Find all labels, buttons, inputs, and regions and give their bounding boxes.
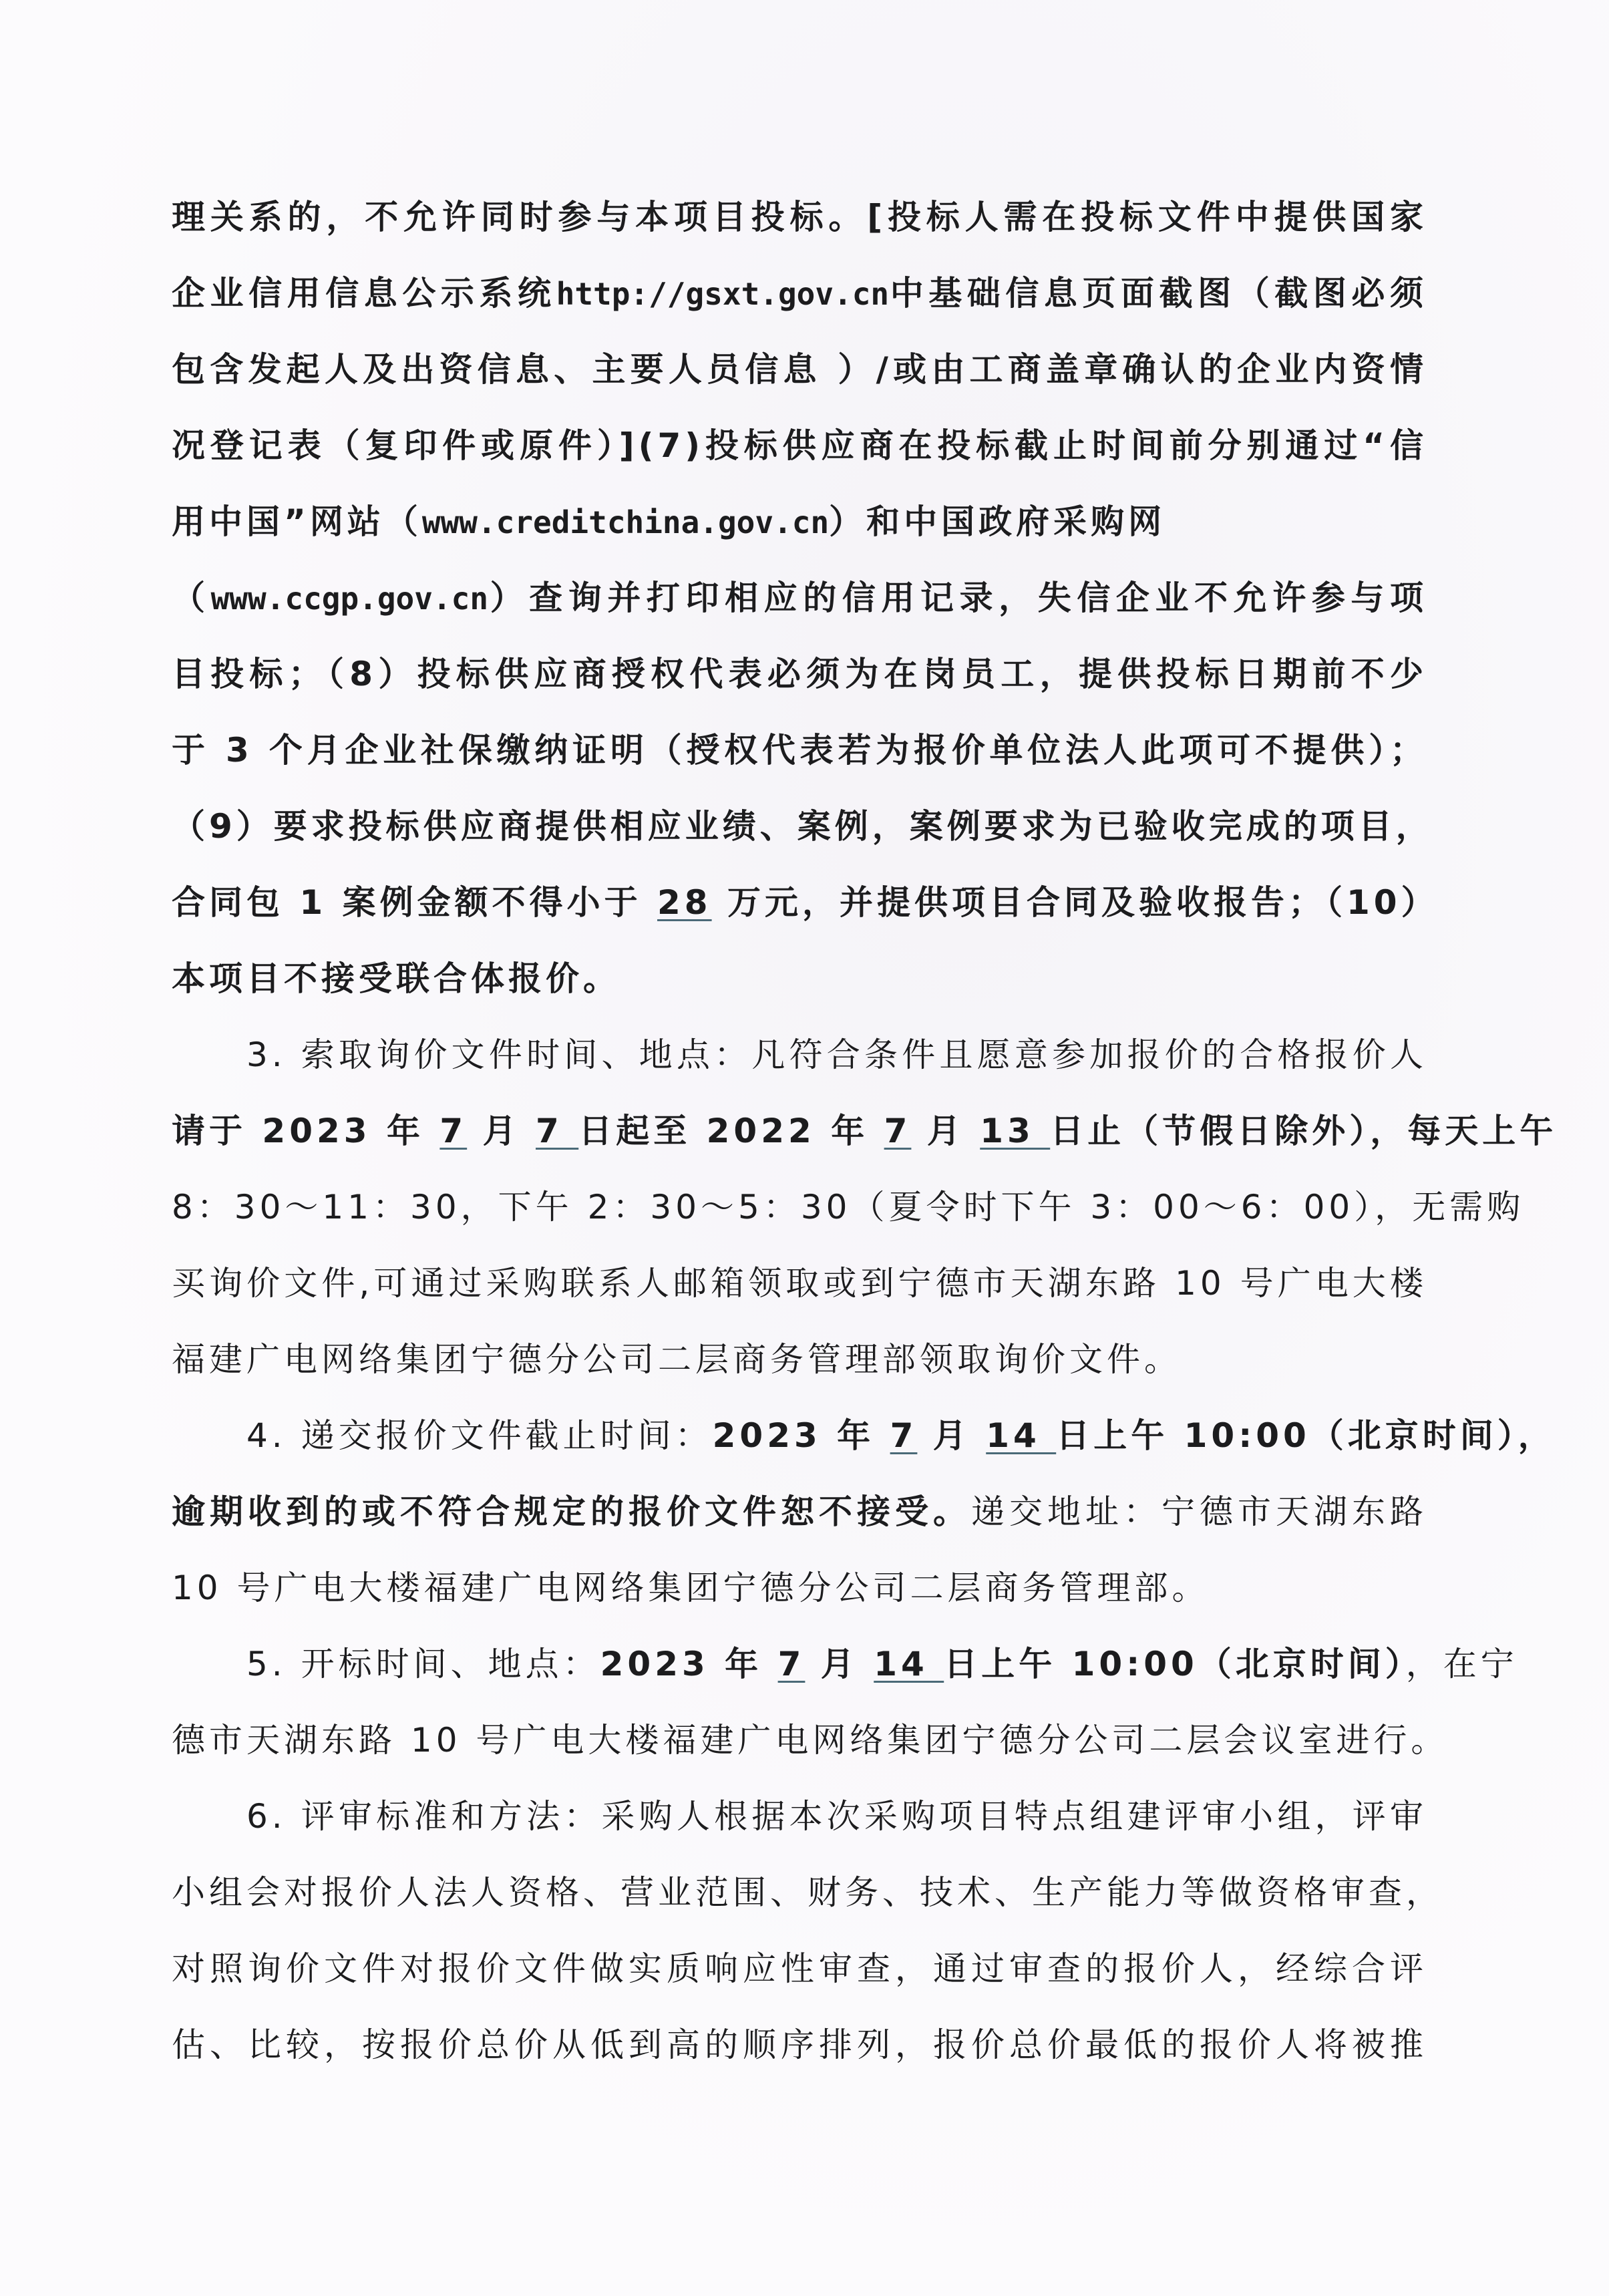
text-line: 6. 评审标准和方法：采购人根据本次采购项目特点组建评审小组，评审	[172, 1778, 1427, 1854]
text-line: （9）要求投标供应商提供相应业绩、案例，案例要求为已验收完成的项目，	[172, 788, 1427, 864]
text-segment: 日起至 2022 年	[578, 1112, 884, 1150]
text-line: （www.ccgp.gov.cn）查询并打印相应的信用记录，失信企业不允许参与项	[172, 560, 1427, 636]
text-segment: 5. 开标时间、地点：	[246, 1645, 600, 1683]
filled-blank: 14	[874, 1645, 944, 1683]
filled-blank: 7	[884, 1112, 912, 1150]
text-segment: 6. 评审标准和方法：采购人根据本次采购项目特点组建评审小组，评审	[246, 1797, 1427, 1836]
document-body: 理关系的，不允许同时参与本项目投标。[投标人需在投标文件中提供国家企业信用信息公…	[172, 179, 1427, 2083]
filled-blank: 13	[980, 1112, 1050, 1150]
text-line: 4. 递交报价文件截止时间：2023 年 7 月 14 日上午 10:00（北京…	[172, 1398, 1427, 1474]
text-segment: 理关系的，不允许同时参与本项目投标。[投标人需在投标文件中提供国家	[172, 198, 1427, 236]
text-segment: 合同包 1 案例金额不得小于	[172, 883, 657, 922]
text-segment: 目投标；（8）投标供应商授权代表必须为在岗员工，提供投标日期前不少	[172, 655, 1427, 693]
text-segment: 企业信用信息公示系统	[172, 274, 556, 313]
text-segment: ，在宁	[1406, 1645, 1518, 1683]
text-segment: ）查询并打印相应的信用记录，失信企业不允许参与项	[488, 579, 1427, 617]
text-segment: 本项目不接受联合体报价。	[172, 959, 620, 998]
text-segment: 2023 年	[713, 1416, 890, 1455]
text-line: 况登记表（复印件或原件）](7)投标供应商在投标截止时间前分别通过“信	[172, 407, 1427, 484]
text-line: 请于 2023 年 7 月 7 日起至 2022 年 7 月 13 日止（节假日…	[172, 1093, 1427, 1169]
text-line: 目投标；（8）投标供应商授权代表必须为在岗员工，提供投标日期前不少	[172, 636, 1427, 712]
text-line: 本项目不接受联合体报价。	[172, 941, 1427, 1017]
filled-blank: 7	[439, 1112, 467, 1150]
text-segment: 用中国”网站（	[172, 502, 422, 541]
url-text: www.ccgp.gov.cn	[211, 581, 488, 617]
filled-blank: 7	[536, 1112, 578, 1150]
text-segment: （9）要求投标供应商提供相应业绩、案例，案例要求为已验收完成的项目，	[172, 807, 1433, 846]
text-segment: 递交地址：宁德市天湖东路	[971, 1492, 1427, 1531]
text-line: 于 3 个月企业社保缴纳证明（授权代表若为报价单位法人此项可不提供）；	[172, 712, 1427, 788]
text-line: 合同包 1 案例金额不得小于 28 万元，并提供项目合同及验收报告；（10）	[172, 864, 1427, 941]
text-line: 企业信用信息公示系统http://gsxt.gov.cn中基础信息页面截图（截图…	[172, 255, 1427, 331]
text-segment: 逾期收到的或不符合规定的报价文件恕不接受。	[172, 1492, 971, 1531]
text-line: 小组会对报价人法人资格、营业范围、财务、技术、生产能力等做资格审查，	[172, 1854, 1427, 1931]
text-segment: 月	[917, 1416, 986, 1455]
filled-blank: 14	[986, 1416, 1056, 1455]
text-line: 包含发起人及出资信息、主要人员信息 ）/或由工商盖章确认的企业内资情	[172, 331, 1427, 407]
text-segment: 对照询价文件对报价文件做实质响应性审查，通过审查的报价人，经综合评	[172, 1949, 1427, 1988]
text-segment: 请于 2023 年	[172, 1112, 439, 1150]
text-line: 3. 索取询价文件时间、地点：凡符合条件且愿意参加报价的合格报价人	[172, 1017, 1427, 1093]
text-segment: 万元，并提供项目合同及验收报告；（10）	[712, 883, 1439, 922]
text-segment: 3. 索取询价文件时间、地点：凡符合条件且愿意参加报价的合格报价人	[246, 1035, 1427, 1074]
text-segment: ）和中国政府采购网	[829, 502, 1166, 541]
text-segment: 日止（节假日除外），每天上午	[1050, 1112, 1557, 1150]
url-text: www.creditchina.gov.cn	[422, 504, 829, 540]
text-segment: 况登记表（复印件或原件）](7)投标供应商在投标截止时间前分别通过“信	[172, 426, 1427, 465]
text-line: 对照询价文件对报价文件做实质响应性审查，通过审查的报价人，经综合评	[172, 1931, 1427, 2007]
text-segment: 福建广电网络集团宁德分公司二层商务管理部领取询价文件。	[172, 1340, 1182, 1379]
text-segment: 月	[805, 1645, 874, 1683]
text-segment: 月	[911, 1112, 980, 1150]
text-line: 5. 开标时间、地点：2023 年 7 月 14 日上午 10:00（北京时间）…	[172, 1626, 1427, 1702]
text-segment: （	[172, 579, 211, 617]
text-segment: 日上午 10:00（北京时间），	[1056, 1416, 1556, 1455]
text-line: 理关系的，不允许同时参与本项目投标。[投标人需在投标文件中提供国家	[172, 179, 1427, 255]
text-segment: 包含发起人及出资信息、主要人员信息 ）/或由工商盖章确认的企业内资情	[172, 350, 1427, 389]
text-segment: 于 3 个月企业社保缴纳证明（授权代表若为报价单位法人此项可不提供）；	[172, 731, 1427, 770]
text-segment: 8：30～11：30，下午 2：30～5：30（夏令时下午 3：00～6：00）…	[172, 1188, 1524, 1226]
text-segment: 买询价文件,可通过采购联系人邮箱领取或到宁德市天湖东路 10 号广电大楼	[172, 1264, 1427, 1303]
text-segment: 德市天湖东路 10 号广电大楼福建广电网络集团宁德分公司二层会议室进行。	[172, 1721, 1448, 1760]
text-segment: 中基础信息页面截图（截图必须	[889, 274, 1427, 313]
text-segment: 2023 年	[600, 1645, 778, 1683]
text-segment: 日上午 10:00（北京时间）	[944, 1645, 1406, 1683]
text-segment: 估、比较，按报价总价从低到高的顺序排列，报价总价最低的报价人将被推	[172, 2025, 1427, 2064]
text-segment: 小组会对报价人法人资格、营业范围、财务、技术、生产能力等做资格审查，	[172, 1873, 1443, 1912]
text-segment: 10 号广电大楼福建广电网络集团宁德分公司二层商务管理部。	[172, 1569, 1210, 1607]
text-segment: 月	[467, 1112, 536, 1150]
filled-blank: 7	[778, 1645, 806, 1683]
text-line: 用中国”网站（www.creditchina.gov.cn）和中国政府采购网	[172, 484, 1427, 560]
text-line: 8：30～11：30，下午 2：30～5：30（夏令时下午 3：00～6：00）…	[172, 1169, 1427, 1245]
text-line: 逾期收到的或不符合规定的报价文件恕不接受。递交地址：宁德市天湖东路	[172, 1474, 1427, 1550]
text-line: 福建广电网络集团宁德分公司二层商务管理部领取询价文件。	[172, 1321, 1427, 1398]
scanned-page: ​ 理关系的，不允许同时参与本项目投标。[投标人需在投标文件中提供国家企业信用信…	[0, 0, 1609, 2296]
text-line: 10 号广电大楼福建广电网络集团宁德分公司二层商务管理部。	[172, 1550, 1427, 1626]
text-line: 买询价文件,可通过采购联系人邮箱领取或到宁德市天湖东路 10 号广电大楼	[172, 1245, 1427, 1321]
url-text: http://gsxt.gov.cn	[556, 276, 890, 312]
filled-blank: 7	[890, 1416, 918, 1455]
text-segment: 4. 递交报价文件截止时间：	[246, 1416, 713, 1455]
filled-blank: 28	[657, 883, 712, 922]
text-line: 估、比较，按报价总价从低到高的顺序排列，报价总价最低的报价人将被推	[172, 2007, 1427, 2083]
text-line: 德市天湖东路 10 号广电大楼福建广电网络集团宁德分公司二层会议室进行。	[172, 1702, 1427, 1778]
